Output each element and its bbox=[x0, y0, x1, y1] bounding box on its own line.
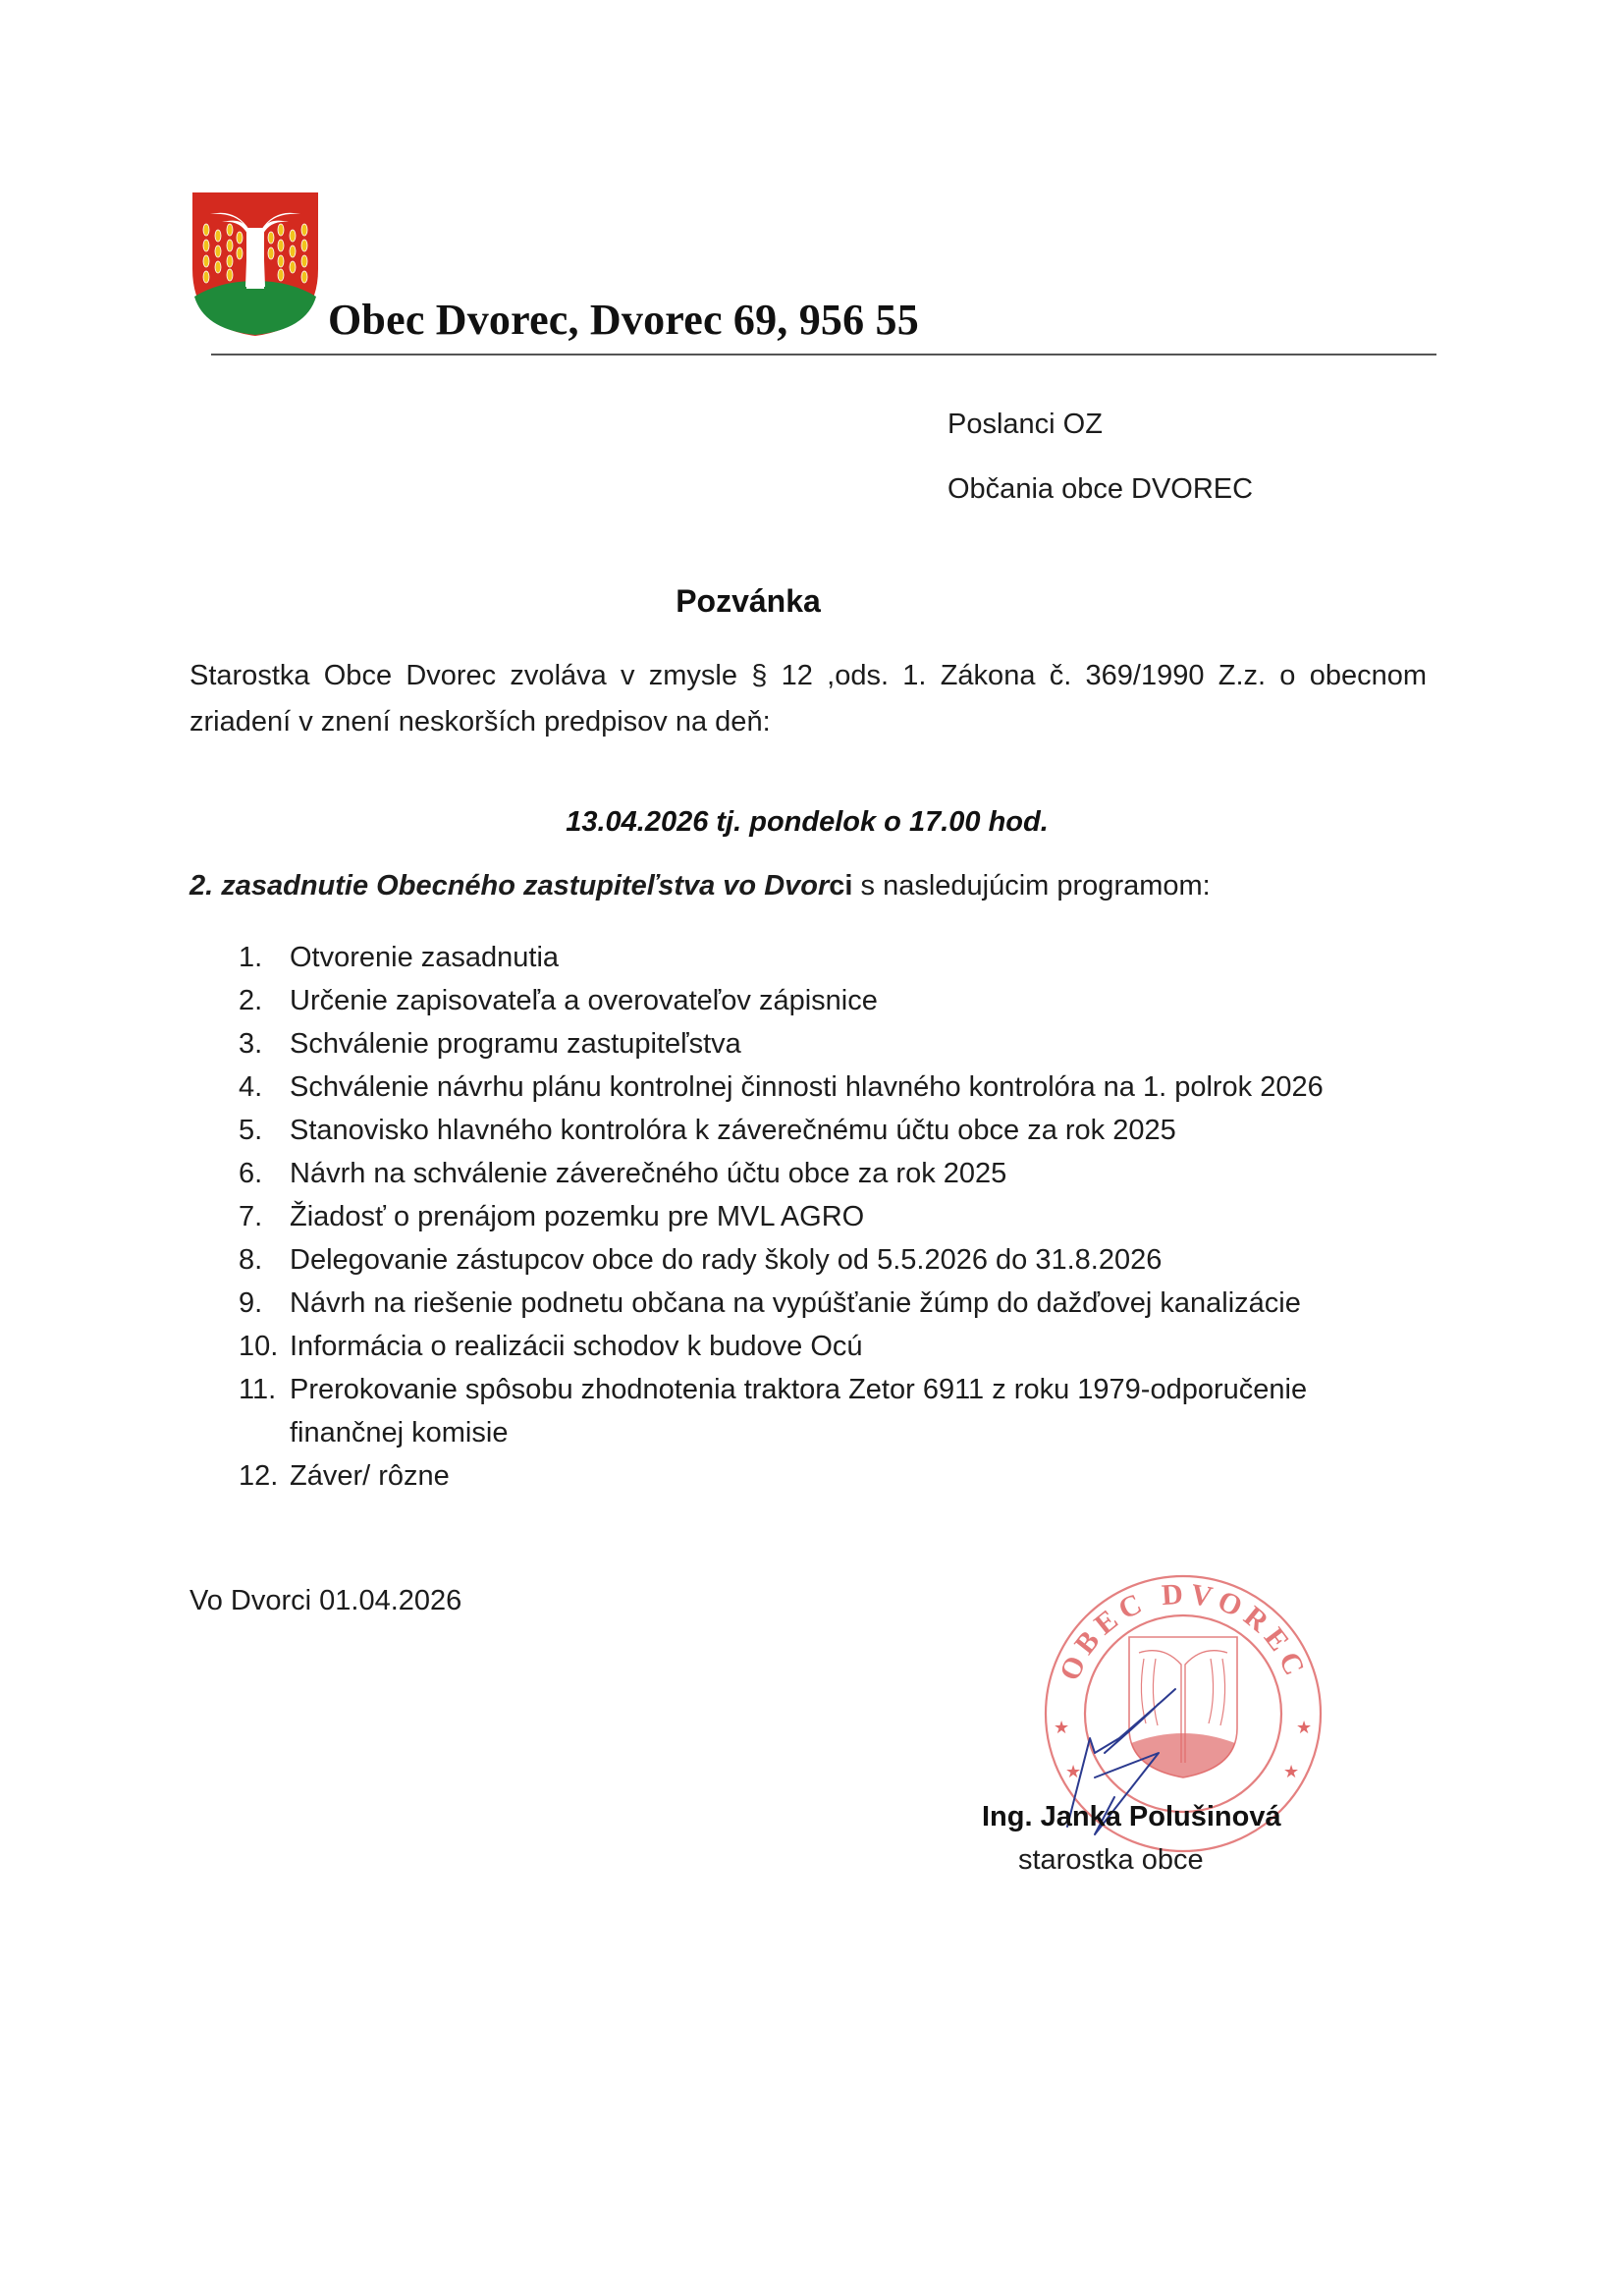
stamp-text: OBEC DVOREC bbox=[1054, 1577, 1313, 1685]
recipient-line: Poslanci OZ bbox=[947, 409, 1103, 441]
agenda-item: 7.Žiadosť o prenájom pozemku pre MVL AGR… bbox=[239, 1195, 1324, 1238]
agenda-item-text: Schválenie návrhu plánu kontrolnej činno… bbox=[290, 1066, 1324, 1109]
agenda-item-number: 1. bbox=[239, 936, 262, 979]
agenda-item-number: 11. bbox=[239, 1368, 276, 1411]
agenda-item-text: Delegovanie zástupcov obce do rady školy… bbox=[290, 1238, 1324, 1282]
agenda-item-text: Stanovisko hlavného kontrolóra k závereč… bbox=[290, 1109, 1324, 1152]
coat-of-arms-icon bbox=[190, 191, 320, 338]
agenda-item: 4.Schválenie návrhu plánu kontrolnej čin… bbox=[239, 1066, 1324, 1109]
agenda-item: 9.Návrh na riešenie podnetu občana na vy… bbox=[239, 1282, 1324, 1325]
agenda-item-number: 5. bbox=[239, 1109, 262, 1152]
agenda-item-text: Určenie zapisovateľa a overovateľov zápi… bbox=[290, 979, 1324, 1022]
agenda-list: 1.Otvorenie zasadnutia2.Určenie zapisova… bbox=[239, 936, 1324, 1498]
agenda-item-text: Informácia o realizácii schodov k budove… bbox=[290, 1325, 1324, 1368]
meeting-datetime: 13.04.2026 tj. pondelok o 17.00 hod. bbox=[0, 806, 1614, 839]
intro-paragraph: Starostka Obce Dvorec zvoláva v zmysle §… bbox=[189, 653, 1427, 745]
agenda-item-text: Otvorenie zasadnutia bbox=[290, 936, 1324, 979]
agenda-item-number: 10. bbox=[239, 1325, 278, 1368]
svg-text:★: ★ bbox=[1283, 1762, 1299, 1782]
agenda-item-number: 6. bbox=[239, 1152, 262, 1195]
agenda-item-text: Návrh na riešenie podnetu občana na vypú… bbox=[290, 1282, 1324, 1325]
agenda-item-number: 8. bbox=[239, 1238, 262, 1282]
agenda-item: 2.Určenie zapisovateľa a overovateľov zá… bbox=[239, 979, 1324, 1022]
signer-name: Ing. Janka Polušinová bbox=[982, 1801, 1281, 1833]
agenda-item: 5.Stanovisko hlavného kontrolóra k záver… bbox=[239, 1109, 1324, 1152]
agenda-item-text: Žiadosť o prenájom pozemku pre MVL AGRO bbox=[290, 1195, 1324, 1238]
svg-text:OBEC DVOREC: OBEC DVOREC bbox=[1054, 1577, 1313, 1685]
session-heading-emphasis: 2. zasadnutie Obecného zastupiteľstva vo… bbox=[189, 870, 829, 902]
agenda-item-text: Prerokovanie spôsobu zhodnotenia traktor… bbox=[290, 1368, 1324, 1411]
agenda-item: 10.Informácia o realizácii schodov k bud… bbox=[239, 1325, 1324, 1368]
agenda-item-number: 12. bbox=[239, 1454, 278, 1498]
agenda-item-number: 4. bbox=[239, 1066, 262, 1109]
agenda-item-number: 2. bbox=[239, 979, 262, 1022]
agenda-item: 1.Otvorenie zasadnutia bbox=[239, 936, 1324, 979]
session-heading: 2. zasadnutie Obecného zastupiteľstva vo… bbox=[189, 870, 1211, 902]
agenda-item: 8.Delegovanie zástupcov obce do rady ško… bbox=[239, 1238, 1324, 1282]
agenda-item-text-continuation: finančnej komisie bbox=[290, 1411, 1324, 1454]
agenda-item-number: 7. bbox=[239, 1195, 262, 1238]
agenda-item-text: Schválenie programu zastupiteľstva bbox=[290, 1022, 1324, 1066]
session-heading-rest: s nasledujúcim programom: bbox=[852, 870, 1210, 902]
agenda-item: 6.Návrh na schválenie záverečného účtu o… bbox=[239, 1152, 1324, 1195]
document-title: Pozvánka bbox=[0, 583, 1496, 620]
header-divider bbox=[211, 354, 1436, 355]
agenda-item-text: Návrh na schválenie záverečného účtu obc… bbox=[290, 1152, 1324, 1195]
signer-role: starostka obce bbox=[1018, 1844, 1204, 1877]
agenda-item-text: Záver/ rôzne bbox=[290, 1454, 1324, 1498]
agenda-item: 12.Záver/ rôzne bbox=[239, 1454, 1324, 1498]
session-heading-bold: ci bbox=[829, 870, 852, 902]
agenda-item-number: 9. bbox=[239, 1282, 262, 1325]
recipient-line: Občania obce DVOREC bbox=[947, 473, 1253, 506]
agenda-item-number: 3. bbox=[239, 1022, 262, 1066]
municipality-header-title: Obec Dvorec, Dvorec 69, 956 55 bbox=[328, 295, 919, 345]
agenda-item: 3.Schválenie programu zastupiteľstva bbox=[239, 1022, 1324, 1066]
agenda-item: 11.Prerokovanie spôsobu zhodnotenia trak… bbox=[239, 1368, 1324, 1454]
place-and-date: Vo Dvorci 01.04.2026 bbox=[189, 1585, 461, 1617]
svg-text:★: ★ bbox=[1296, 1718, 1312, 1738]
